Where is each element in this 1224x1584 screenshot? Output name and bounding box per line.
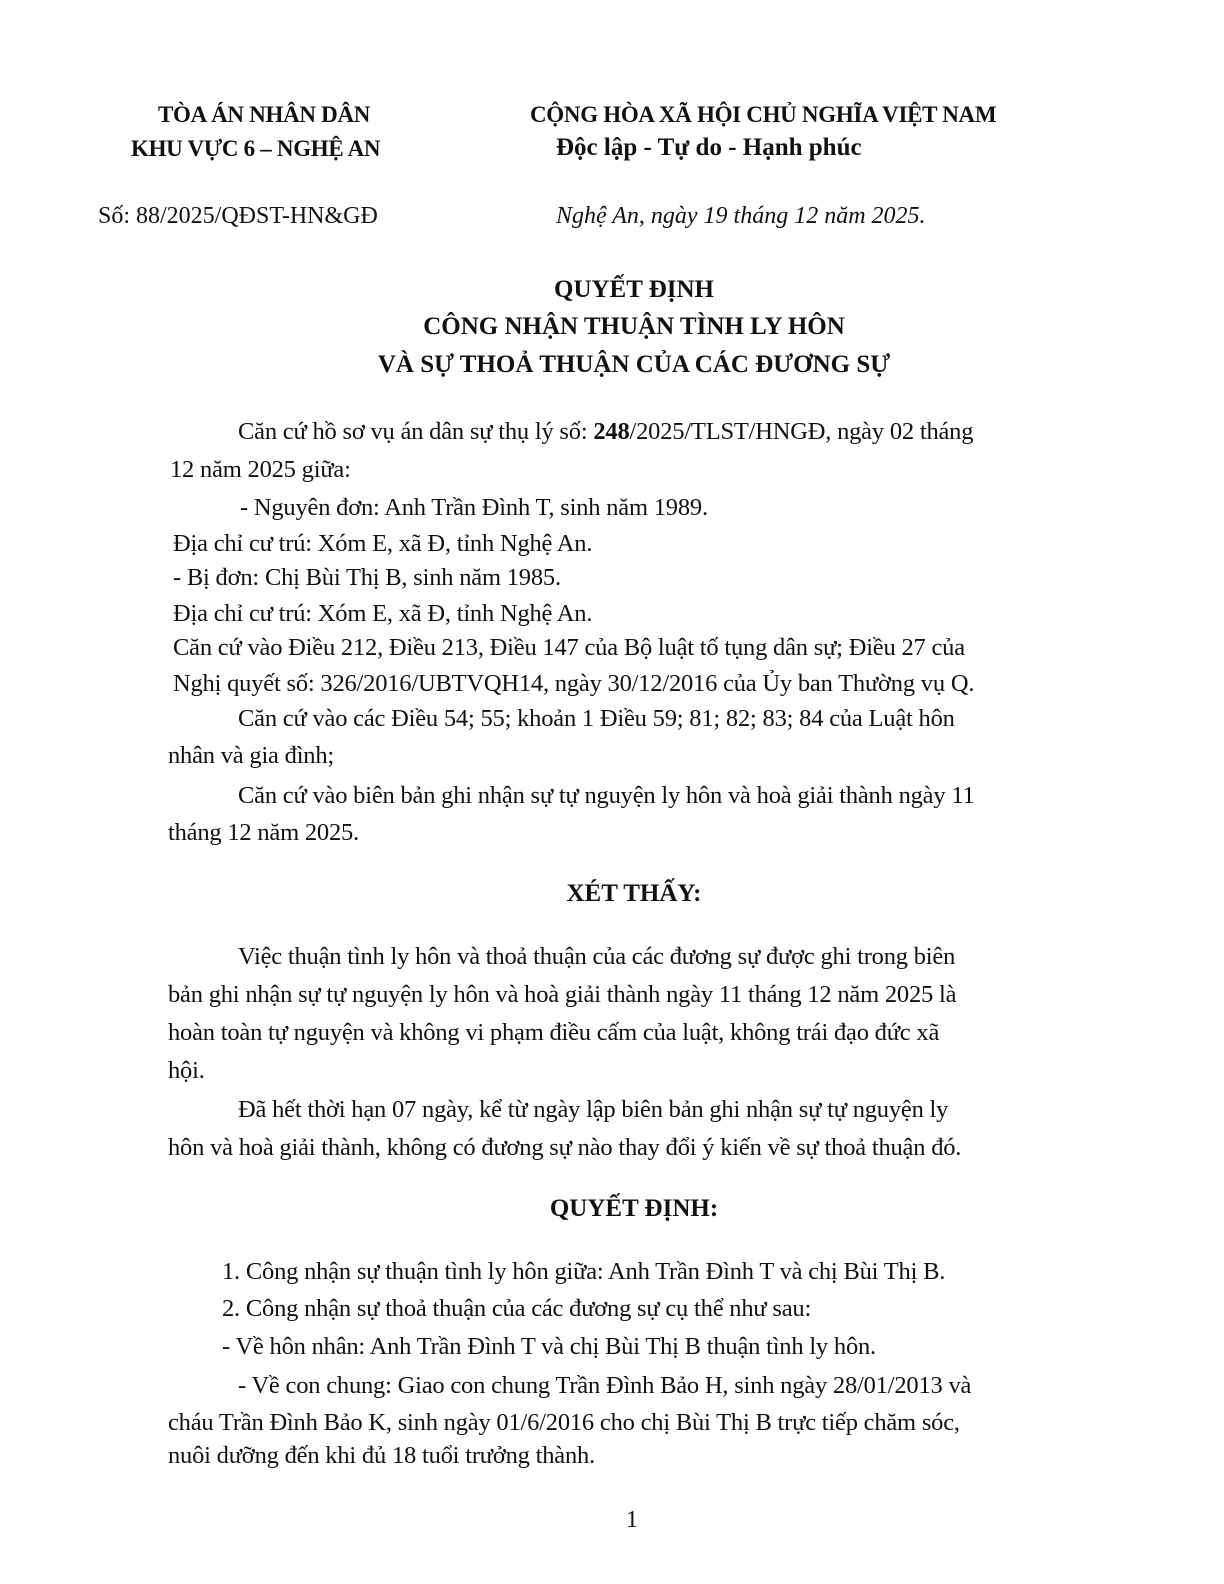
legal-basis-line-1: Căn cứ vào Điều 212, Điều 213, Điều 147 … bbox=[173, 634, 965, 662]
record-basis-line-2: tháng 12 năm 2025. bbox=[168, 819, 359, 847]
decision-item-1: 1. Công nhận sự thuận tình ly hôn giữa: … bbox=[222, 1258, 945, 1286]
document-title: QUYẾT ĐỊNH bbox=[0, 276, 1224, 304]
findings-p2-line-2: hôn và hoà giải thành, không có đương sự… bbox=[168, 1134, 961, 1162]
family-law-basis-line-1: Căn cứ vào các Điều 54; 55; khoản 1 Điều… bbox=[238, 705, 955, 733]
case-basis-line-1: Căn cứ hồ sơ vụ án dân sự thụ lý số: 248… bbox=[238, 418, 973, 446]
findings-p1-line-1: Việc thuận tình ly hôn và thoả thuận của… bbox=[238, 943, 955, 971]
document-number: Số: 88/2025/QĐST-HN&GĐ bbox=[98, 203, 378, 230]
findings-p1-line-3: hoàn toàn tự nguyện và không vi phạm điề… bbox=[168, 1019, 939, 1047]
findings-p1-line-4: hội. bbox=[168, 1057, 205, 1085]
plaintiff: - Nguyên đơn: Anh Trần Đình T, sinh năm … bbox=[240, 494, 708, 522]
findings-p2-line-1: Đã hết thời hạn 07 ngày, kể từ ngày lập … bbox=[238, 1096, 948, 1124]
findings-heading: XÉT THẤY: bbox=[0, 880, 1224, 908]
defendant: - Bị đơn: Chị Bùi Thị B, sinh năm 1985. bbox=[173, 564, 561, 592]
court-name: TÒA ÁN NHÂN DÂN bbox=[158, 102, 370, 128]
decision-heading: QUYẾT ĐỊNH: bbox=[0, 1195, 1224, 1223]
case-number: 248 bbox=[593, 418, 629, 445]
court-region: KHU VỰC 6 – NGHỆ AN bbox=[131, 136, 380, 162]
legal-basis-line-2: Nghị quyết số: 326/2016/UBTVQH14, ngày 3… bbox=[173, 670, 974, 698]
document-subtitle-2: VÀ SỰ THOẢ THUẬN CỦA CÁC ĐƯƠNG SỰ bbox=[0, 351, 1224, 379]
case-basis-line-2: 12 năm 2025 giữa: bbox=[170, 456, 351, 484]
decision-children-line-2: cháu Trần Đình Bảo K, sinh ngày 01/6/201… bbox=[168, 1409, 960, 1437]
national-motto: Độc lập - Tự do - Hạnh phúc bbox=[556, 134, 862, 162]
decision-children-line-1: - Về con chung: Giao con chung Trần Đình… bbox=[238, 1372, 971, 1400]
family-law-basis-line-2: nhân và gia đình; bbox=[168, 742, 334, 770]
decision-children-line-3: nuôi dưỡng đến khi đủ 18 tuổi trưởng thà… bbox=[168, 1442, 595, 1470]
decision-item-2: 2. Công nhận sự thoả thuận của các đương… bbox=[222, 1295, 811, 1323]
decision-marriage: - Về hôn nhân: Anh Trần Đình T và chị Bù… bbox=[222, 1333, 876, 1361]
document-subtitle-1: CÔNG NHẬN THUẬN TÌNH LY HÔN bbox=[0, 313, 1224, 341]
findings-p1-line-2: bản ghi nhận sự tự nguyện ly hôn và hoà … bbox=[168, 981, 956, 1009]
place-and-date: Nghệ An, ngày 19 tháng 12 năm 2025. bbox=[556, 203, 926, 230]
defendant-address: Địa chỉ cư trú: Xóm E, xã Đ, tỉnh Nghệ A… bbox=[173, 600, 592, 628]
page-number: 1 bbox=[626, 1507, 638, 1534]
plaintiff-address: Địa chỉ cư trú: Xóm E, xã Đ, tỉnh Nghệ A… bbox=[173, 530, 592, 558]
country-name: CỘNG HÒA XÃ HỘI CHỦ NGHĨA VIỆT NAM bbox=[530, 102, 996, 128]
record-basis-line-1: Căn cứ vào biên bản ghi nhận sự tự nguyệ… bbox=[238, 782, 975, 810]
